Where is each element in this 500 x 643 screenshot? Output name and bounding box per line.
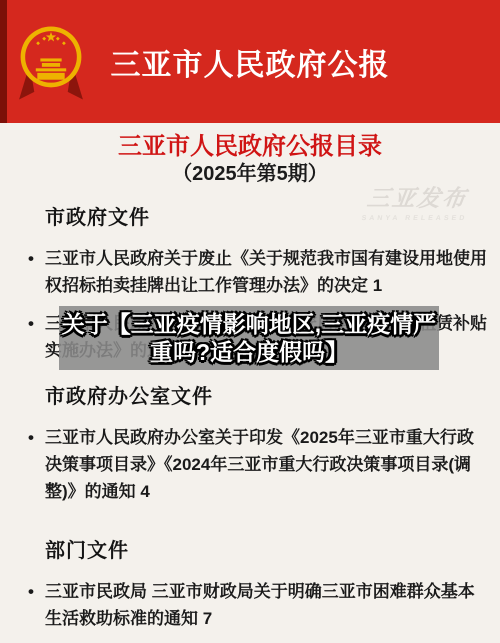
toc-item-text: 三亚市人民政府关于废止《关于规范我市国有建设用地使用 权招标拍卖挂牌出让工作管理… <box>45 249 487 295</box>
toc-item: 三亚市民政局 三亚市财政局关于明确三亚市困难群众基本 生活救助标准的通知 7 <box>45 578 488 632</box>
section-heading: 市政府文件 <box>45 206 488 230</box>
toc-item-text: 三亚市民政局 三亚市财政局关于明确三亚市困难群众基本 生活救助标准的通知 7 <box>45 582 475 628</box>
gazette-page: 三亚市人民政府公报 三亚市人民政府公报目录 （2025年第5期） 三亚发布 SA… <box>0 0 500 643</box>
toc-item: 三亚市人民政府办公室关于印发《2025年三亚市重大行政 决策事项目录》《2024… <box>45 424 488 505</box>
toc-issue: （2025年第5期） <box>0 161 500 187</box>
caption-overlay: 关于【三亚疫情影响地区,三亚疫情严 重吗?适合度假吗】 <box>59 306 439 370</box>
toc-list: 三亚市民政局 三亚市财政局关于明确三亚市困难群众基本 生活救助标准的通知 7 <box>45 578 488 632</box>
banner: 三亚市人民政府公报 <box>0 0 500 123</box>
caption-overlay-text: 关于【三亚疫情影响地区,三亚疫情严 重吗?适合度假吗】 <box>44 310 454 366</box>
section-department-docs: 部门文件 三亚市民政局 三亚市财政局关于明确三亚市困难群众基本 生活救助标准的通… <box>45 539 488 632</box>
section-gov-office-docs: 市政府办公室文件 三亚市人民政府办公室关于印发《2025年三亚市重大行政 决策事… <box>45 385 488 505</box>
section-city-gov-docs: 市政府文件 三亚市人民政府关于废止《关于规范我市国有建设用地使用 权招标拍卖挂牌… <box>45 206 488 364</box>
toc-list: 三亚市人民政府办公室关于印发《2025年三亚市重大行政 决策事项目录》《2024… <box>45 424 488 505</box>
toc-content: 市政府文件 三亚市人民政府关于废止《关于规范我市国有建设用地使用 权招标拍卖挂牌… <box>0 206 500 632</box>
toc-item: 三亚市人民政府关于印发《三亚市安居房轮候家庭租赁补贴 实施办法》的通知 2 关于… <box>45 310 488 364</box>
section-heading: 市政府办公室文件 <box>45 385 488 409</box>
toc-head: 三亚市人民政府公报目录 （2025年第5期） <box>0 132 500 187</box>
toc-item: 三亚市人民政府关于废止《关于规范我市国有建设用地使用 权招标拍卖挂牌出让工作管理… <box>45 245 488 299</box>
banner-title: 三亚市人民政府公报 <box>0 0 500 123</box>
toc-title: 三亚市人民政府公报目录 <box>0 132 500 161</box>
toc-item-text: 三亚市人民政府办公室关于印发《2025年三亚市重大行政 决策事项目录》《2024… <box>45 428 474 501</box>
toc-list: 三亚市人民政府关于废止《关于规范我市国有建设用地使用 权招标拍卖挂牌出让工作管理… <box>45 245 488 364</box>
section-heading: 部门文件 <box>45 539 488 563</box>
